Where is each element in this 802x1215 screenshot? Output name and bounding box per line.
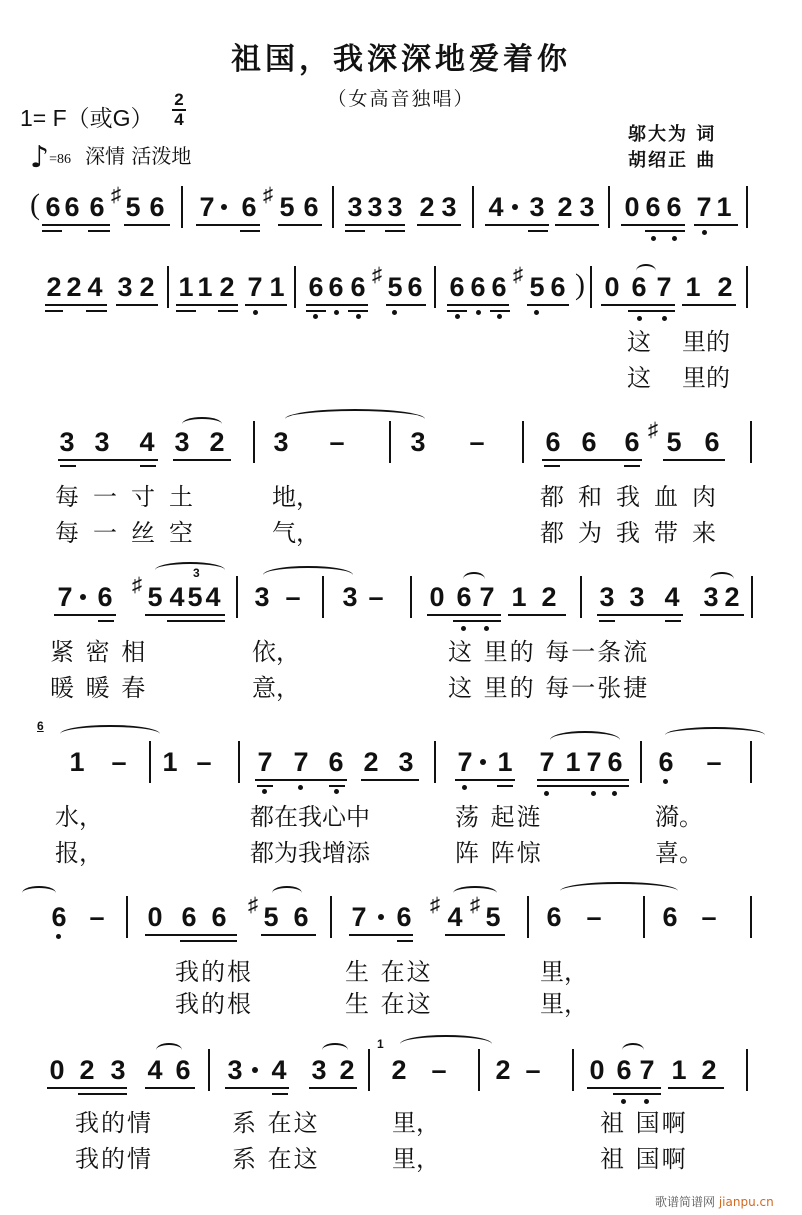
sharp-icon: ♯ — [648, 419, 658, 442]
lyricist: 邬大为 词 — [628, 122, 716, 148]
sharp-icon: ♯ — [430, 894, 440, 917]
volta-1: 1 — [377, 1037, 384, 1051]
song-title: 祖国，我深深地爱着你 — [0, 34, 802, 78]
key-signature: 1= F（或G） — [20, 100, 154, 133]
sharp-icon: ♯ — [263, 184, 273, 207]
sharp-icon: ♯ — [111, 184, 121, 207]
credits: 邬大为 词 胡绍正 曲 — [628, 122, 716, 174]
expression-text: 深情 活泼地 — [85, 144, 191, 168]
open-paren: ( — [30, 188, 40, 222]
tempo-marking: ♪=86深情 活泼地 — [30, 140, 191, 175]
sharp-icon: ♯ — [132, 574, 142, 597]
sharp-icon: ♯ — [513, 264, 523, 287]
composer: 胡绍正 曲 — [628, 148, 716, 174]
sharp-icon: ♯ — [248, 894, 258, 917]
eighth-note-icon: ♪ — [30, 140, 49, 175]
watermark: 歌谱简谱网 jianpu.cn — [655, 1193, 774, 1210]
close-paren: ) — [575, 268, 585, 302]
grace-note: 6 — [37, 719, 44, 733]
sharp-icon: ♯ — [372, 264, 382, 287]
time-signature: 2 4 — [172, 92, 186, 128]
triplet-mark: 3 — [193, 566, 200, 580]
